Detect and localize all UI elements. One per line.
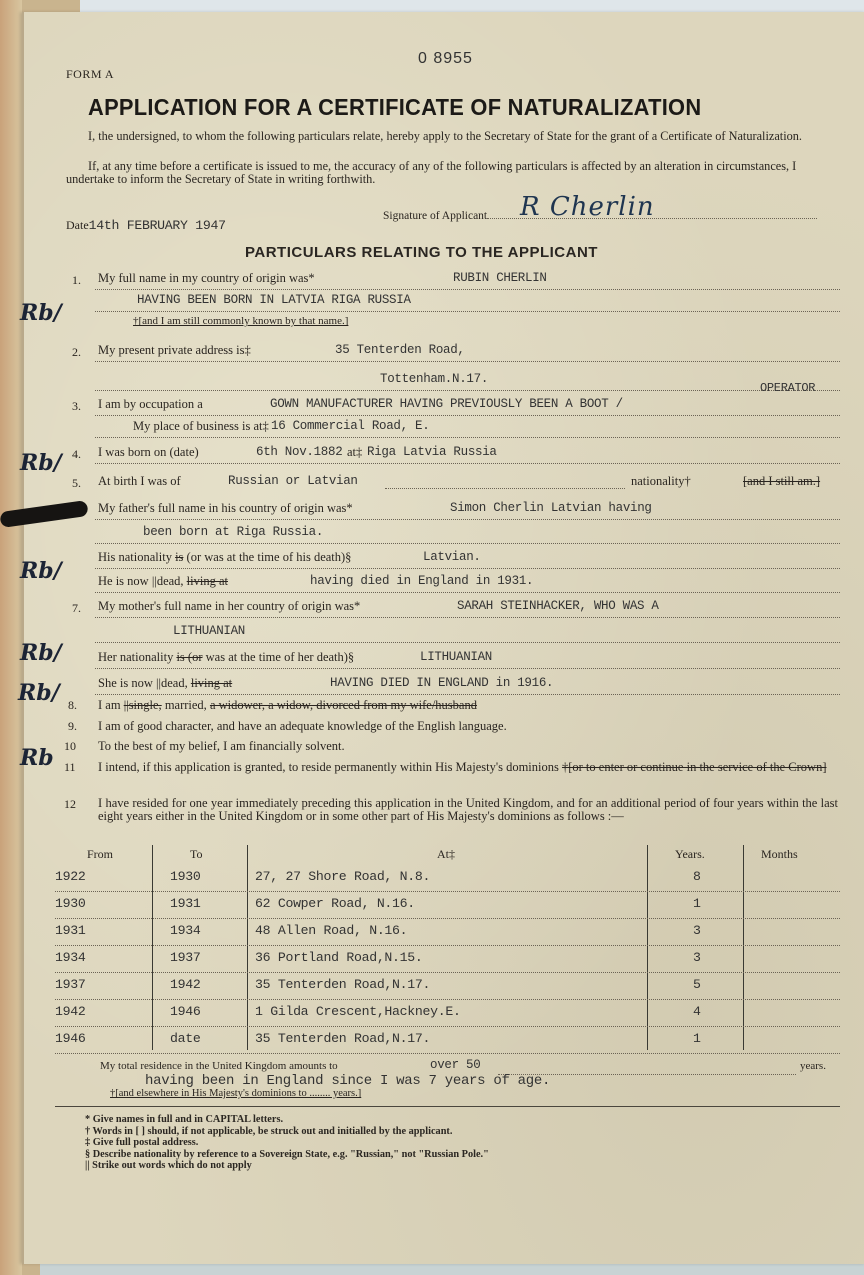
q3-value-above: OPERATOR (760, 381, 815, 395)
q5-number: 5. (72, 476, 81, 491)
footnotes: * Give names in full and in CAPITAL lett… (85, 1114, 489, 1172)
footnote-5: || Strike out words which do not apply (85, 1160, 489, 1172)
q6-nationality-row: His nationality is (or was at the time o… (95, 550, 840, 569)
table-row: 1946date35 Tenterden Road,N.17.1 (55, 1027, 840, 1054)
cell-years: 5 (693, 977, 701, 992)
cell-years: 1 (693, 1031, 701, 1046)
background-left-edge (0, 0, 22, 1275)
cell-at: 27, 27 Shore Road, N.8. (255, 869, 430, 884)
q7-value-2: LITHUANIAN (173, 624, 245, 638)
cell-from: 1937 (55, 977, 85, 992)
q8-struck-other: a widower, a widow, divorced from my wif… (210, 698, 477, 712)
q6-status-struck: living at (187, 574, 228, 588)
q1-row-2: HAVING BEEN BORN IN LATVIA RIGA RUSSIA (95, 293, 840, 312)
q9-label: I am of good character, and have an adeq… (98, 719, 507, 734)
footnote-2: † Words in [ ] should, if not applicable… (85, 1126, 489, 1138)
q10-label: To the best of my belief, I am financial… (98, 739, 345, 754)
q13-suffix: years. (800, 1060, 826, 1072)
q7-status-value: HAVING DIED IN ENGLAND in 1916. (330, 676, 553, 690)
cell-years: 4 (693, 1004, 701, 1019)
q7-status-label: She is now ||dead, (98, 676, 188, 690)
table-row: 1937194235 Tenterden Road,N.17.5 (55, 973, 840, 1000)
footnote-1: * Give names in full and in CAPITAL lett… (85, 1114, 489, 1126)
q6-nationality-value: Latvian. (423, 550, 481, 564)
date-value: 14th FEBRUARY 1947 (89, 218, 226, 233)
header-from: From (87, 847, 113, 862)
header-to: To (190, 847, 203, 862)
intro-paragraph-1: I, the undersigned, to whom the followin… (66, 130, 840, 143)
cell-years: 3 (693, 923, 701, 938)
q8-label: I am (98, 698, 121, 712)
q1-label: My full name in my country of origin was… (98, 271, 315, 286)
q7-nationality-label: Her nationality (98, 650, 173, 664)
cell-at: 62 Cowper Road, N.16. (255, 896, 415, 911)
q3-row: I am by occupation a GOWN MANUFACTURER H… (95, 397, 840, 416)
q12-label: I have resided for one year immediately … (98, 797, 838, 823)
q10-number: 10 (64, 739, 76, 754)
q7-status-struck: living at (191, 676, 232, 690)
q4-at-label: at‡ (347, 445, 362, 460)
q6-value-2: been born at Riga Russia. (143, 525, 323, 539)
date-field: Date14th FEBRUARY 1947 (66, 218, 226, 233)
q6-nationality-label: His nationality (98, 550, 172, 564)
q8-number: 8. (68, 698, 77, 713)
cell-to: 1937 (170, 950, 200, 965)
form-label: FORM A (66, 67, 114, 82)
q2-row: My present private address is‡ 35 Tenter… (95, 343, 840, 362)
q4-number: 4. (72, 447, 81, 462)
margin-initials-2: Rb/ (20, 450, 62, 476)
table-row: 1930193162 Cowper Road, N.16.1 (55, 892, 840, 919)
q2-label: My present private address is‡ (98, 343, 251, 358)
intro-paragraph-2: If, at any time before a certificate is … (66, 160, 840, 186)
q1-value-2: HAVING BEEN BORN IN LATVIA RIGA RUSSIA (137, 293, 411, 307)
q6-status-row: He is now ||dead, living at having died … (95, 574, 840, 593)
document-title: APPLICATION FOR A CERTIFICATE OF NATURAL… (88, 94, 701, 121)
q3-label: I am by occupation a (98, 397, 203, 412)
cell-at: 1 Gilda Crescent,Hackney.E. (255, 1004, 461, 1019)
q5-label: At birth I was of (98, 474, 181, 489)
header-months: Months (761, 847, 798, 862)
table-row: 194219461 Gilda Crescent,Hackney.E.4 (55, 1000, 840, 1027)
q3-business-value: 16 Commercial Road, E. (271, 419, 429, 433)
cell-to: 1942 (170, 977, 200, 992)
q3-value: GOWN MANUFACTURER HAVING PREVIOUSLY BEEN… (270, 397, 623, 411)
q7-nationality-value: LITHUANIAN (420, 650, 492, 664)
q6-status-label: He is now ||dead, (98, 574, 184, 588)
q5-suffix: nationality† (631, 474, 691, 489)
margin-initials-1: Rb/ (20, 300, 62, 326)
q11-number: 11 (64, 760, 76, 775)
q5-struck-text: [and I still am.] (743, 474, 820, 489)
cell-to: 1931 (170, 896, 200, 911)
cell-at: 35 Tenterden Road,N.17. (255, 1031, 430, 1046)
q4-label: I was born on (date) (98, 445, 199, 460)
table-row: 1934193736 Portland Road,N.15.3 (55, 946, 840, 973)
q6-nationality-struck: is (175, 550, 183, 564)
cell-at: 35 Tenterden Road,N.17. (255, 977, 430, 992)
cell-from: 1942 (55, 1004, 85, 1019)
footnote-4: § Describe nationality by reference to a… (85, 1149, 489, 1161)
q11-label: I intend, if this application is granted… (98, 760, 559, 774)
cell-from: 1922 (55, 869, 85, 884)
margin-initials-6: Rb (20, 745, 54, 771)
applicant-signature: R Cherlin (520, 192, 655, 222)
cell-years: 8 (693, 869, 701, 884)
q7-nationality-row: Her nationality is (or was at the time o… (95, 650, 840, 669)
cell-from: 1931 (55, 923, 85, 938)
date-label: Date (66, 218, 89, 232)
q2-value: 35 Tenterden Road, (335, 343, 465, 357)
q8-row: I am ||single, married, a widower, a wid… (98, 698, 477, 713)
table-row: 1931193448 Allen Road, N.16.3 (55, 919, 840, 946)
cell-from: 1930 (55, 896, 85, 911)
cell-to: 1934 (170, 923, 200, 938)
q4-place-value: Riga Latvia Russia (367, 445, 497, 459)
q3-row-2: My place of business is at‡ 16 Commercia… (95, 419, 840, 438)
q1-value: RUBIN CHERLIN (453, 271, 547, 285)
q2-number: 2. (72, 345, 81, 360)
q6-row-2: been born at Riga Russia. (95, 525, 840, 544)
q6-label: My father's full name in his country of … (98, 501, 353, 516)
q12-number: 12 (64, 797, 76, 812)
q6-nationality-label-post: (or was at the time of his death)§ (187, 550, 352, 564)
q9-number: 9. (68, 719, 77, 734)
q7-nationality-struck: is (or (176, 650, 202, 664)
table-row: 1922193027, 27 Shore Road, N.8.8 (55, 865, 840, 892)
q1-struck-text: †[and I am still commonly known by that … (133, 315, 348, 327)
q2-row-2: Tottenham.N.17. (95, 372, 840, 391)
q1-number: 1. (72, 273, 81, 288)
q7-number: 7. (72, 601, 81, 616)
background-bottom (40, 1263, 864, 1275)
q1-row: My full name in my country of origin was… (95, 271, 840, 290)
q8-married: married, (165, 698, 207, 712)
q6-value: Simon Cherlin Latvian having (450, 501, 652, 515)
q3-number: 3. (72, 399, 81, 414)
cell-from: 1946 (55, 1031, 85, 1046)
q7-row-2: LITHUANIAN (95, 624, 840, 643)
q6-status-value: having died in England in 1931. (310, 574, 533, 588)
q13-struck-text: †[and elsewhere in His Majesty's dominio… (110, 1088, 361, 1099)
q7-nationality-label-post: was at the time of her death)§ (206, 650, 355, 664)
cell-years: 1 (693, 896, 701, 911)
q3-business-label: My place of business is at‡ (133, 419, 269, 434)
margin-initials-3: Rb/ (20, 558, 62, 584)
q1-row-3: †[and I am still commonly known by that … (95, 315, 840, 333)
q7-label: My mother's full name in her country of … (98, 599, 360, 614)
cell-to: 1930 (170, 869, 200, 884)
q4-row: I was born on (date) 6th Nov.1882 at‡ Ri… (95, 445, 840, 464)
cell-at: 48 Allen Road, N.16. (255, 923, 407, 938)
q11-text: I intend, if this application is granted… (98, 760, 838, 774)
q7-row: My mother's full name in her country of … (95, 599, 840, 618)
cell-at: 36 Portland Road,N.15. (255, 950, 423, 965)
q2-value-2: Tottenham.N.17. (380, 372, 488, 386)
margin-initials-5: Rb/ (18, 680, 60, 706)
q7-value: SARAH STEINHACKER, WHO WAS A (457, 599, 659, 613)
q5-row: At birth I was of Russian or Latvian nat… (95, 474, 840, 492)
footnote-3: ‡ Give full postal address. (85, 1137, 489, 1149)
cell-to: date (170, 1031, 200, 1046)
q13-label: My total residence in the United Kingdom… (100, 1060, 338, 1072)
header-at: At‡ (437, 847, 455, 862)
q6-row: My father's full name in his country of … (95, 501, 840, 520)
q11-struck-text: †[or to enter or continue in the service… (562, 760, 827, 774)
serial-number: 0 8955 (418, 50, 473, 68)
section-title: PARTICULARS RELATING TO THE APPLICANT (245, 244, 598, 261)
q13-value: over 50 (430, 1058, 480, 1072)
q5-value: Russian or Latvian (228, 474, 358, 488)
q7-status-row: She is now ||dead, living at HAVING DIED… (95, 676, 840, 695)
q8-struck-single: ||single, (124, 698, 162, 712)
q4-date-value: 6th Nov.1882 (256, 445, 342, 459)
cell-from: 1934 (55, 950, 85, 965)
cell-years: 3 (693, 950, 701, 965)
cell-to: 1946 (170, 1004, 200, 1019)
header-years: Years. (675, 847, 705, 862)
footer-divider (55, 1106, 840, 1107)
margin-initials-4: Rb/ (20, 640, 62, 666)
q13-note: having been in England since I was 7 yea… (145, 1073, 550, 1089)
